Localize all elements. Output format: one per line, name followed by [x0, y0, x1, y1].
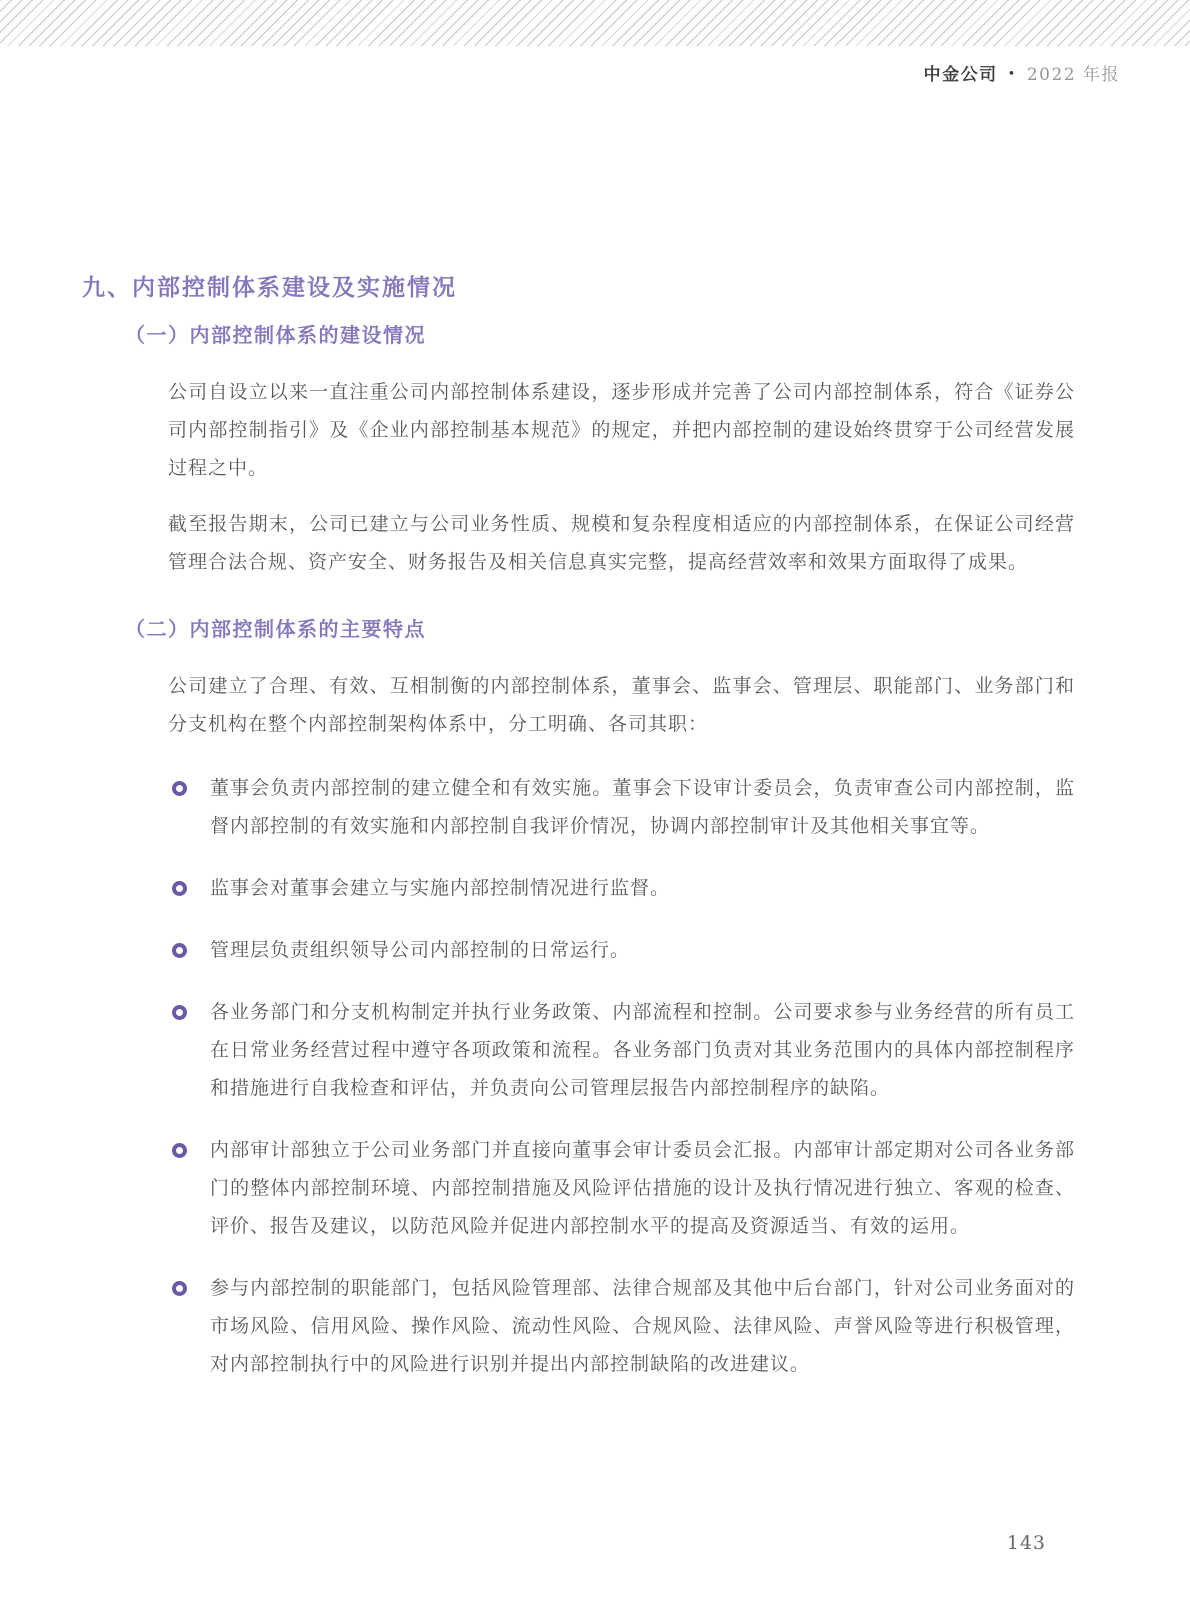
list-item: 各业务部门和分支机构制定并执行业务政策、内部流程和控制。公司要求参与业务经营的所… — [168, 994, 1075, 1108]
ring-bullet-icon — [172, 781, 187, 796]
list-item: 监事会对董事会建立与实施内部控制情况进行监督。 — [168, 870, 1075, 908]
separator-dot-icon: • — [1008, 67, 1017, 82]
subsection-heading-2: （二）内部控制体系的主要特点 — [125, 616, 1190, 644]
page-header: 中金公司•2022 年报 — [924, 60, 1120, 85]
decorative-hatch-band — [0, 0, 1190, 46]
list-item-text: 董事会负责内部控制的建立健全和有效实施。董事会下设审计委员会，负责审查公司内部控… — [210, 778, 1075, 837]
ring-bullet-icon — [172, 1005, 187, 1020]
list-item-text: 内部审计部独立于公司业务部门并直接向董事会审计委员会汇报。内部审计部定期对公司各… — [210, 1140, 1075, 1237]
ring-bullet-icon — [172, 1143, 187, 1158]
ring-bullet-icon — [172, 881, 187, 896]
list-item: 董事会负责内部控制的建立健全和有效实施。董事会下设审计委员会，负责审查公司内部控… — [168, 770, 1075, 846]
list-item: 管理层负责组织领导公司内部控制的日常运行。 — [168, 932, 1075, 970]
page-number: 143 — [1007, 1532, 1046, 1554]
paragraph: 公司自设立以来一直注重公司内部控制体系建设，逐步形成并完善了公司内部控制体系，符… — [168, 374, 1075, 488]
ring-bullet-icon — [172, 943, 187, 958]
paragraph: 截至报告期末，公司已建立与公司业务性质、规模和复杂程度相适应的内部控制体系，在保… — [168, 506, 1075, 582]
list-item: 内部审计部独立于公司业务部门并直接向董事会审计委员会汇报。内部审计部定期对公司各… — [168, 1132, 1075, 1246]
bullet-list: 董事会负责内部控制的建立健全和有效实施。董事会下设审计委员会，负责审查公司内部控… — [168, 770, 1075, 1384]
ring-bullet-icon — [172, 1281, 187, 1296]
subsection-heading-1: （一）内部控制体系的建设情况 — [125, 322, 1190, 350]
list-item-text: 参与内部控制的职能部门，包括风险管理部、法律合规部及其他中后台部门，针对公司业务… — [210, 1278, 1075, 1375]
paragraph: 公司建立了合理、有效、互相制衡的内部控制体系，董事会、监事会、管理层、职能部门、… — [168, 668, 1075, 744]
list-item-text: 监事会对董事会建立与实施内部控制情况进行监督。 — [210, 878, 670, 899]
list-item: 参与内部控制的职能部门，包括风险管理部、法律合规部及其他中后台部门，针对公司业务… — [168, 1270, 1075, 1384]
company-name: 中金公司 — [924, 65, 998, 85]
list-item-text: 管理层负责组织领导公司内部控制的日常运行。 — [210, 940, 630, 961]
list-item-text: 各业务部门和分支机构制定并执行业务政策、内部流程和控制。公司要求参与业务经营的所… — [210, 1002, 1075, 1099]
report-page: 中金公司•2022 年报 九、内部控制体系建设及实施情况 （一）内部控制体系的建… — [0, 0, 1190, 1615]
report-edition: 2022 年报 — [1027, 65, 1120, 85]
section-title: 九、内部控制体系建设及实施情况 — [82, 272, 1190, 302]
